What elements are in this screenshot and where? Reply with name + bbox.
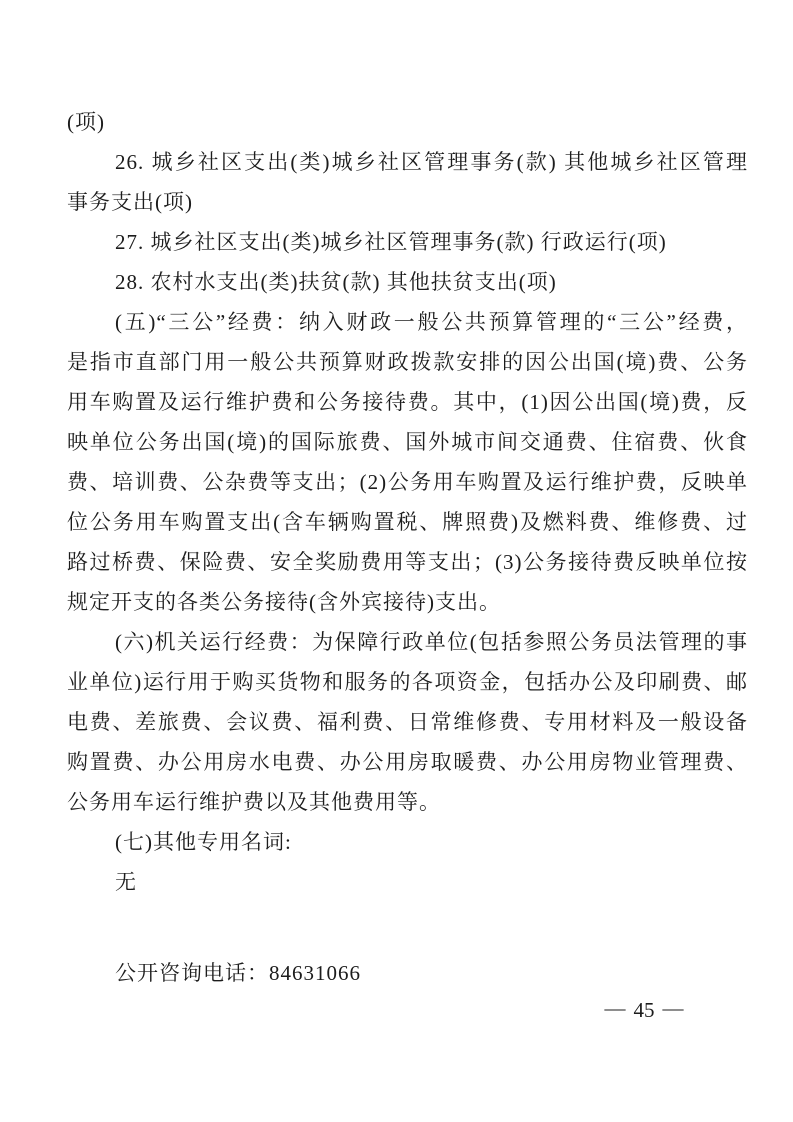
text-line: 27. 城乡社区支出(类)城乡社区管理事务(款) 行政运行(项)	[67, 222, 748, 262]
consult-label: 公开咨询电话：	[115, 961, 269, 985]
text-line: (五)“三公”经费：纳入财政一般公共预算管理的“三公”经费，	[67, 302, 748, 342]
text-line: 是指市直部门用一般公共预算财政拨款安排的因公出国(境)费、公务	[67, 342, 748, 382]
page-footer: —45—	[588, 995, 700, 1025]
text-line: 位公务用车购置支出(含车辆购置税、牌照费)及燃料费、维修费、过	[67, 502, 748, 542]
text-line: 购置费、办公用房水电费、办公用房取暖费、办公用房物业管理费、	[67, 742, 748, 782]
text-line: (六)机关运行经费：为保障行政单位(包括参照公务员法管理的事	[67, 622, 748, 662]
text-line: 电费、差旅费、会议费、福利费、日常维修费、专用材料及一般设备	[67, 702, 748, 742]
footer-dash-left: —	[605, 996, 626, 1020]
document-page: (项)26. 城乡社区支出(类)城乡社区管理事务(款) 其他城乡社区管理事务支出…	[0, 0, 793, 1122]
text-line: 规定开支的各类公务接待(含外宾接待)支出。	[67, 582, 748, 622]
text-line: 26. 城乡社区支出(类)城乡社区管理事务(款) 其他城乡社区管理	[67, 142, 748, 182]
text-line: (项)	[67, 102, 748, 142]
consult-line: 公开咨询电话：84631066	[115, 953, 361, 993]
footer-dash-right: —	[663, 996, 684, 1020]
consult-phone-number: 84631066	[269, 961, 361, 985]
text-line: 费、培训费、公杂费等支出；(2)公务用车购置及运行维护费，反映单	[67, 462, 748, 502]
text-line: 28. 农村水支出(类)扶贫(款) 其他扶贫支出(项)	[67, 262, 748, 302]
text-line: (七)其他专用名词:	[67, 822, 748, 862]
text-line: 路过桥费、保险费、安全奖励费用等支出；(3)公务接待费反映单位按	[67, 542, 748, 582]
text-line: 用车购置及运行维护费和公务接待费。其中，(1)因公出国(境)费，反	[67, 382, 748, 422]
text-line: 公务用车运行维护费以及其他费用等。	[67, 782, 748, 822]
text-line: 业单位)运行用于购买货物和服务的各项资金，包括办公及印刷费、邮	[67, 662, 748, 702]
text-line: 无	[67, 862, 748, 902]
text-block: (项)26. 城乡社区支出(类)城乡社区管理事务(款) 其他城乡社区管理事务支出…	[67, 102, 748, 902]
page-number: 45	[634, 998, 655, 1022]
text-line: 映单位公务出国(境)的国际旅费、国外城市间交通费、住宿费、伙食	[67, 422, 748, 462]
text-line: 事务支出(项)	[67, 182, 748, 222]
